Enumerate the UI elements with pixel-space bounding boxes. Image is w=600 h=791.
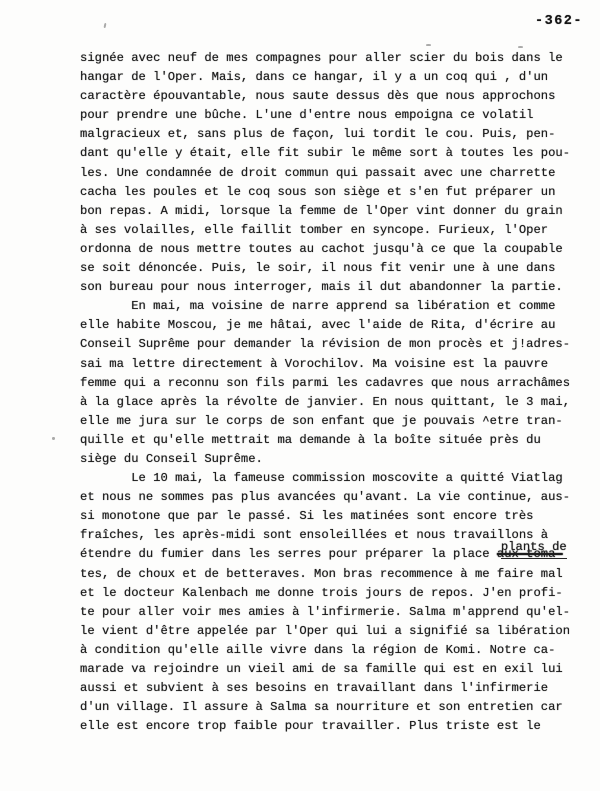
text-line: d'un village. Il assure à Salma sa nourr… xyxy=(80,698,592,717)
text-line: dant qu'elle y était, elle fit subir le … xyxy=(80,144,592,163)
text-line: elle habite Moscou, je me hâtai, avec l'… xyxy=(80,316,592,335)
text-line: En mai, ma voisine de narre apprend sa l… xyxy=(80,297,592,316)
text-line: étendre du fumier dans les serres pour p… xyxy=(80,545,592,564)
text-line: aussi et subvient à ses besoins en trava… xyxy=(80,679,592,698)
text-line: son bureau pour nous interroger, mais il… xyxy=(80,278,592,297)
scanned-page: -362- signée avec neuf de mes compagnes … xyxy=(0,0,600,791)
text-line: tes, de choux et de betteraves. Mon bras… xyxy=(80,565,592,584)
text-line: signée avec neuf de mes compagnes pour a… xyxy=(80,49,592,68)
text-line: elle me jura sur le corps de son enfant … xyxy=(80,412,592,431)
text-line: sai ma lettre directement à Vorochilov. … xyxy=(80,355,592,374)
page-number: -362- xyxy=(535,14,583,29)
text-body: signée avec neuf de mes compagnes pour a… xyxy=(80,49,592,736)
text-line: caractère épouvantable, nous saute dessu… xyxy=(80,87,592,106)
text-line: siège du Conseil Suprême. xyxy=(80,450,592,469)
text-line: quille et qu'elle mettrait ma demande à … xyxy=(80,431,592,450)
typed-correction: aux toma-plants de xyxy=(497,547,563,561)
text-line: pour prendre une bûche. L'une d'entre no… xyxy=(80,106,592,125)
text-line: Le 10 mai, la fameuse commission moscovi… xyxy=(80,469,592,488)
text-line: à la glace après la révolte de janvier. … xyxy=(80,393,592,412)
inserted-correction-text: plants de xyxy=(501,538,567,558)
text-line: les. Une condamnée de droit commun qui p… xyxy=(80,164,592,183)
text-line: te pour aller voir mes amies à l'infirme… xyxy=(80,603,592,622)
text-line: femme qui a reconnu son fils parmi les c… xyxy=(80,374,592,393)
text-line: bon repas. A midi, lorsque la femme de l… xyxy=(80,202,592,221)
text-line: malgracieux et, sans plus de façon, lui … xyxy=(80,125,592,144)
scan-speck xyxy=(104,23,107,28)
text-line: se soit dénoncée. Puis, le soir, il nous… xyxy=(80,259,592,278)
scan-speck xyxy=(52,437,55,440)
text-line: hangar de l'Oper. Mais, dans ce hangar, … xyxy=(80,68,592,87)
text-line: à condition qu'elle aille vivre dans la … xyxy=(80,641,592,660)
text-line: si monotone que par le passé. Si les mat… xyxy=(80,507,592,526)
text-line: et le docteur Kalenbach me donne trois j… xyxy=(80,584,592,603)
scan-speck xyxy=(518,46,523,48)
text-line: à ses volailles, elle faillit tomber en … xyxy=(80,221,592,240)
text-line: le vient d'être appelée par l'Oper qui l… xyxy=(80,622,592,641)
text-line: elle est encore trop faible pour travail… xyxy=(80,717,592,736)
text-line: ordonna de nous mettre toutes au cachot … xyxy=(80,240,592,259)
text-line: cacha les poules et le coq sous son sièg… xyxy=(80,183,592,202)
text-line: et nous ne sommes pas plus avancées qu'a… xyxy=(80,488,592,507)
text-line: Conseil Suprême pour demander la révisio… xyxy=(80,335,592,354)
scan-speck xyxy=(426,44,431,46)
text-line: marade va rejoindre un vieil ami de sa f… xyxy=(80,660,592,679)
